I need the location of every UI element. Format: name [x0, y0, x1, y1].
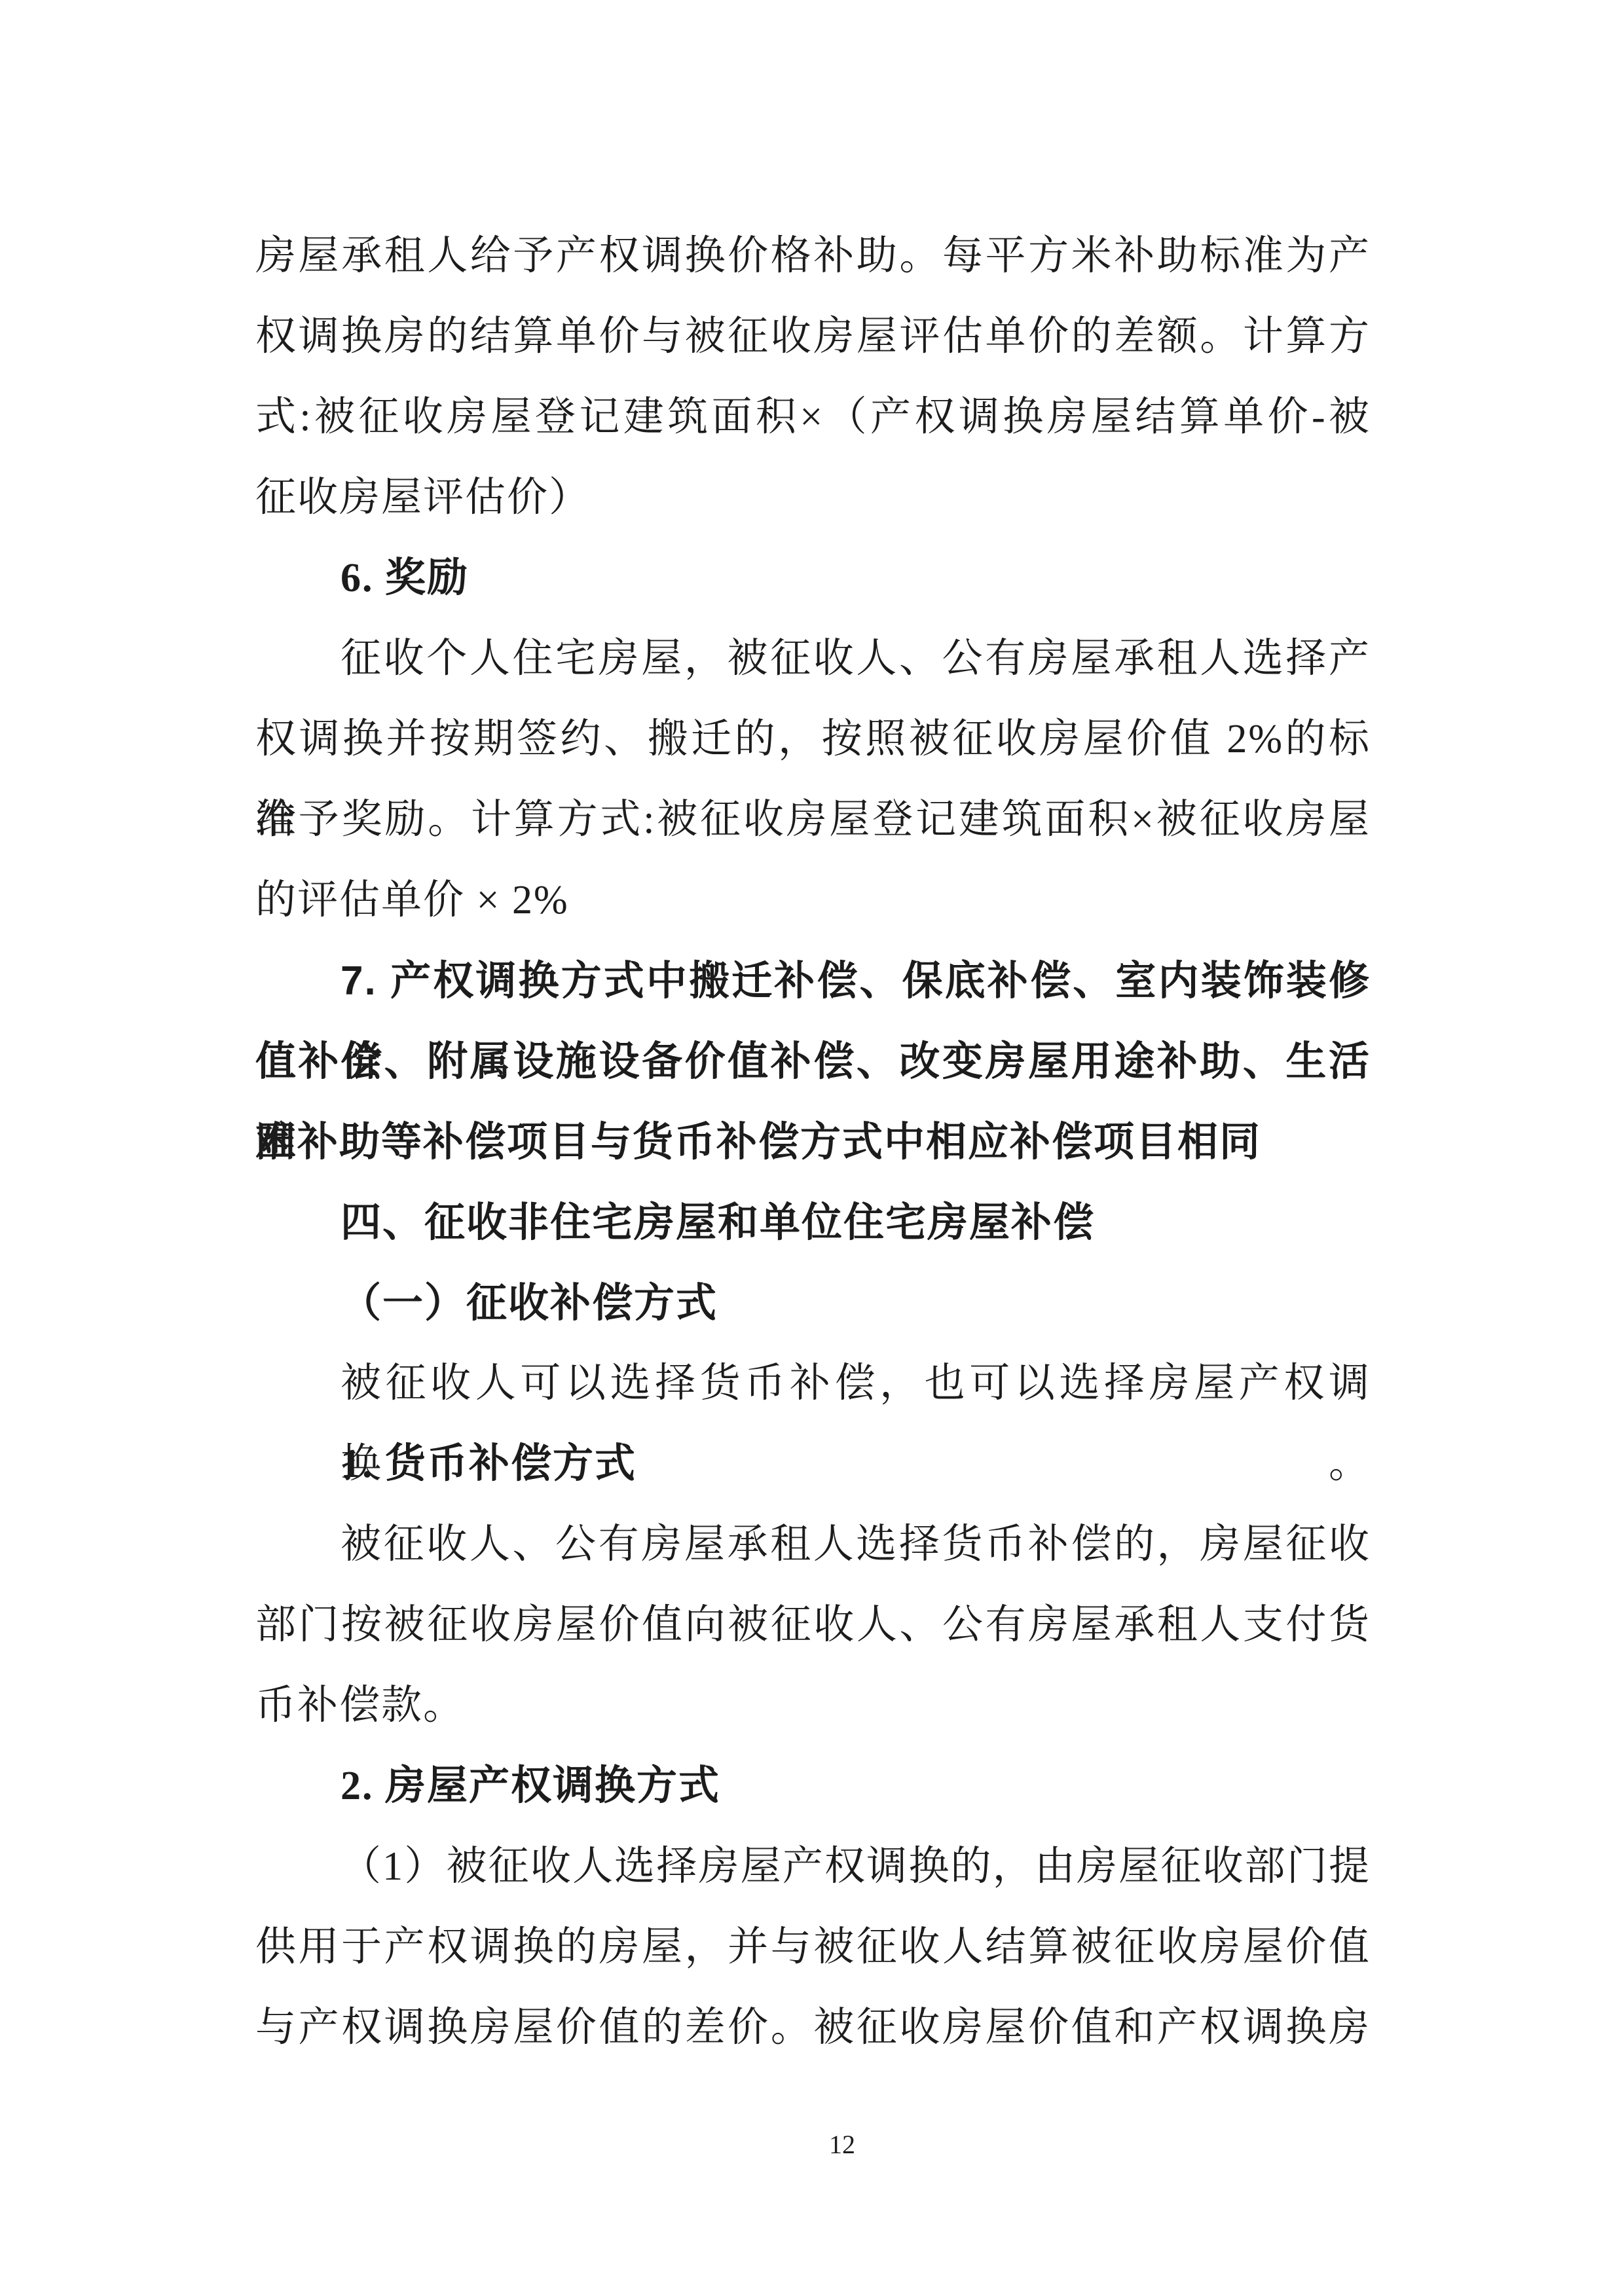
text-line: 6. 奖励 [255, 538, 1371, 619]
text-line: 四、征收非住宅房屋和单位住宅房屋补偿 [255, 1182, 1371, 1263]
text-line: （一）征收补偿方式 [255, 1263, 1371, 1343]
text-line: 7. 产权调换方式中搬迁补偿、保底补偿、室内装饰装修价 [255, 941, 1371, 1021]
text-line: 房屋承租人给予产权调换价格补助。每平方米补助标准为产 [255, 216, 1371, 297]
text-line: 征收个人住宅房屋，被征收人、公有房屋承租人选择产 [255, 619, 1371, 699]
text-line: 被征收人可以选择货币补偿，也可以选择房屋产权调换。 [255, 1343, 1371, 1424]
text-line: 供用于产权调换的房屋，并与被征收人结算被征收房屋价值 [255, 1907, 1371, 1988]
page-number: 12 [829, 2129, 855, 2160]
document-body: 房屋承租人给予产权调换价格补助。每平方米补助标准为产权调换房的结算单价与被征收房… [255, 216, 1371, 2068]
text-line: 给予奖励。计算方式:被征收房屋登记建筑面积×被征收房屋 [255, 780, 1371, 860]
para-reward-detail: 征收个人住宅房屋，被征收人、公有房屋承租人选择产权调换并按期签约、搬迁的，按照被… [255, 619, 1371, 941]
text-line: 币补偿款。 [255, 1666, 1371, 1746]
para-transfer-subsidy-continued: 房屋承租人给予产权调换价格补助。每平方米补助标准为产权调换房的结算单价与被征收房… [255, 216, 1371, 538]
text-line: 与产权调换房屋价值的差价。被征收房屋价值和产权调换房 [255, 1988, 1371, 2068]
text-line: 部门按被征收房屋价值向被征收人、公有房屋承租人支付货 [255, 1585, 1371, 1666]
para-property-swap-detail: （1）被征收人选择房屋产权调换的，由房屋征收部门提供用于产权调换的房屋，并与被征… [255, 1827, 1371, 2068]
text-line: 权调换并按期签约、搬迁的，按照被征收房屋价值 2%的标准 [255, 699, 1371, 780]
heading-section-4-nonresidential: 四、征收非住宅房屋和单位住宅房屋补偿 [255, 1182, 1371, 1263]
heading-4-1-compensation-method: （一）征收补偿方式 [255, 1263, 1371, 1343]
text-line: 式:被征收房屋登记建筑面积×（产权调换房屋结算单价-被 [255, 377, 1371, 458]
text-line: 被征收人、公有房屋承租人选择货币补偿的，房屋征收 [255, 1504, 1371, 1585]
para-method-choice: 被征收人可以选择货币补偿，也可以选择房屋产权调换。 [255, 1343, 1371, 1424]
text-line: 权调换房的结算单价与被征收房屋评估单价的差额。计算方 [255, 297, 1371, 377]
text-line: 值补偿、附属设施设备价值补偿、改变房屋用途补助、生活困 [255, 1021, 1371, 1102]
text-line: 征收房屋评估价） [255, 458, 1371, 538]
para-7-swap-compensation-items: 7. 产权调换方式中搬迁补偿、保底补偿、室内装饰装修价值补偿、附属设施设备价值补… [255, 941, 1371, 1182]
heading-2-property-swap-method: 2. 房屋产权调换方式 [255, 1746, 1371, 1827]
document-page: 房屋承租人给予产权调换价格补助。每平方米补助标准为产权调换房的结算单价与被征收房… [0, 0, 1624, 2296]
heading-6-reward: 6. 奖励 [255, 538, 1371, 619]
text-line: 难补助等补偿项目与货币补偿方式中相应补偿项目相同 [255, 1102, 1371, 1182]
text-line: 2. 房屋产权调换方式 [255, 1746, 1371, 1827]
text-line: 的评估单价 × 2% [255, 860, 1371, 941]
para-monetary-detail: 被征收人、公有房屋承租人选择货币补偿的，房屋征收部门按被征收房屋价值向被征收人、… [255, 1504, 1371, 1746]
text-line: （1）被征收人选择房屋产权调换的，由房屋征收部门提 [255, 1827, 1371, 1907]
